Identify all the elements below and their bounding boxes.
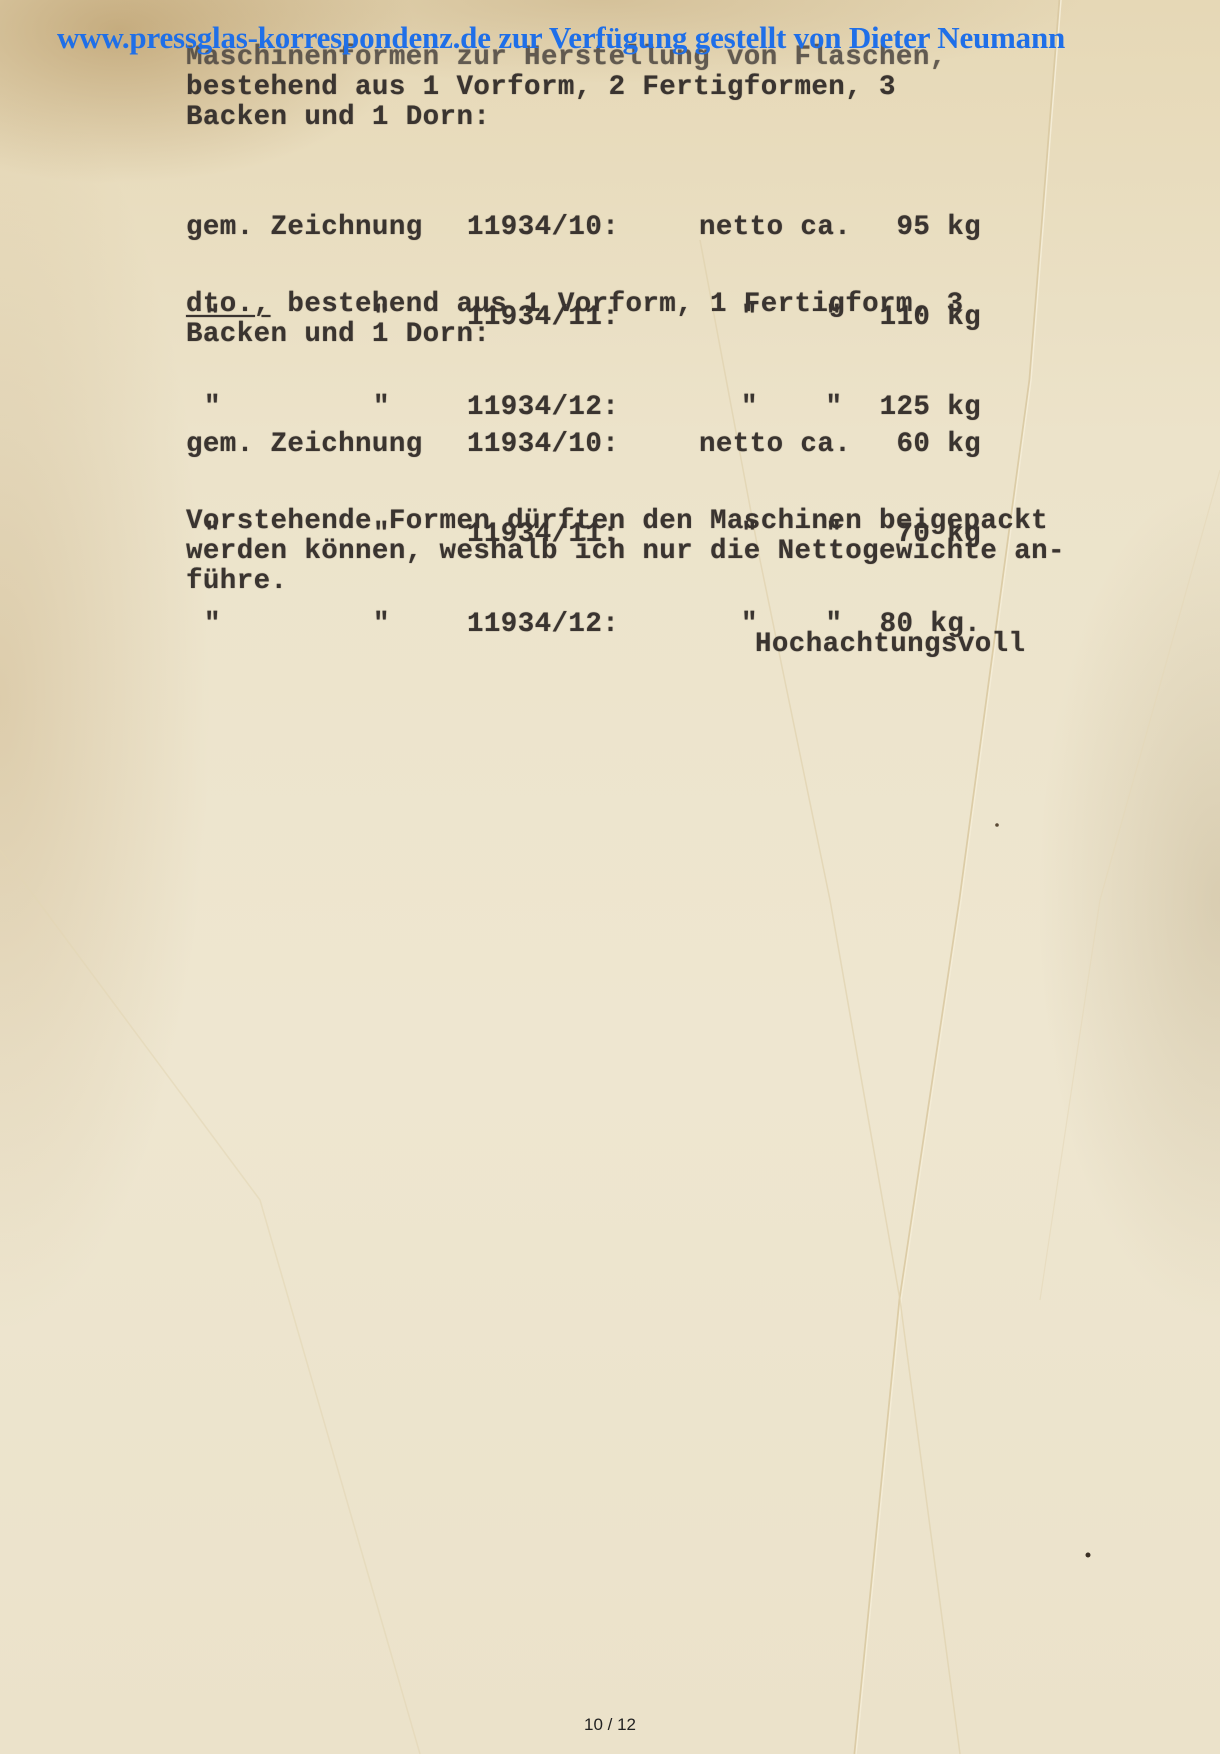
paragraph-line-3: führe. bbox=[186, 567, 287, 597]
table-row: gem. Zeichnung 11934/10: netto ca. 95 kg bbox=[186, 213, 981, 243]
weight-value: 60 kg bbox=[851, 430, 981, 460]
weight-value: 95 kg bbox=[851, 213, 981, 243]
page-number: 10 / 12 bbox=[0, 1715, 1220, 1735]
dto-line-1: dto., bestehend aus 1 Vorform, 1 Fertigf… bbox=[186, 290, 964, 320]
row-label: " " bbox=[186, 610, 467, 640]
drawing-number: 11934/10: bbox=[467, 213, 699, 243]
dto-abbreviation: dto., bbox=[186, 289, 271, 320]
row-label: gem. Zeichnung bbox=[186, 430, 467, 460]
dto-line-rest: bestehend aus 1 Vorform, 1 Fertigform, 3 bbox=[271, 289, 964, 320]
drawing-number: 11934/10: bbox=[467, 430, 699, 460]
weight-note: netto ca. bbox=[699, 430, 851, 460]
source-watermark: www.pressglas-korrespondenz.de zur Verfü… bbox=[57, 20, 1065, 56]
intro-line-3: Backen und 1 Dorn: bbox=[186, 103, 490, 133]
table-row: gem. Zeichnung 11934/10: netto ca. 60 kg bbox=[186, 430, 981, 460]
paragraph-line-2: werden können, weshalb ich nur die Netto… bbox=[186, 537, 1065, 567]
closing-salutation: Hochachtungsvoll bbox=[755, 630, 1025, 660]
weight-note: netto ca. bbox=[699, 213, 851, 243]
drawing-number: 11934/12: bbox=[467, 610, 699, 640]
dto-line-2: Backen und 1 Dorn: bbox=[186, 320, 490, 350]
row-label: gem. Zeichnung bbox=[186, 213, 467, 243]
paragraph-line-1: Vorstehende Formen dürften den Maschinen… bbox=[186, 507, 1048, 537]
intro-line-2: bestehend aus 1 Vorform, 2 Fertigformen,… bbox=[186, 73, 896, 103]
